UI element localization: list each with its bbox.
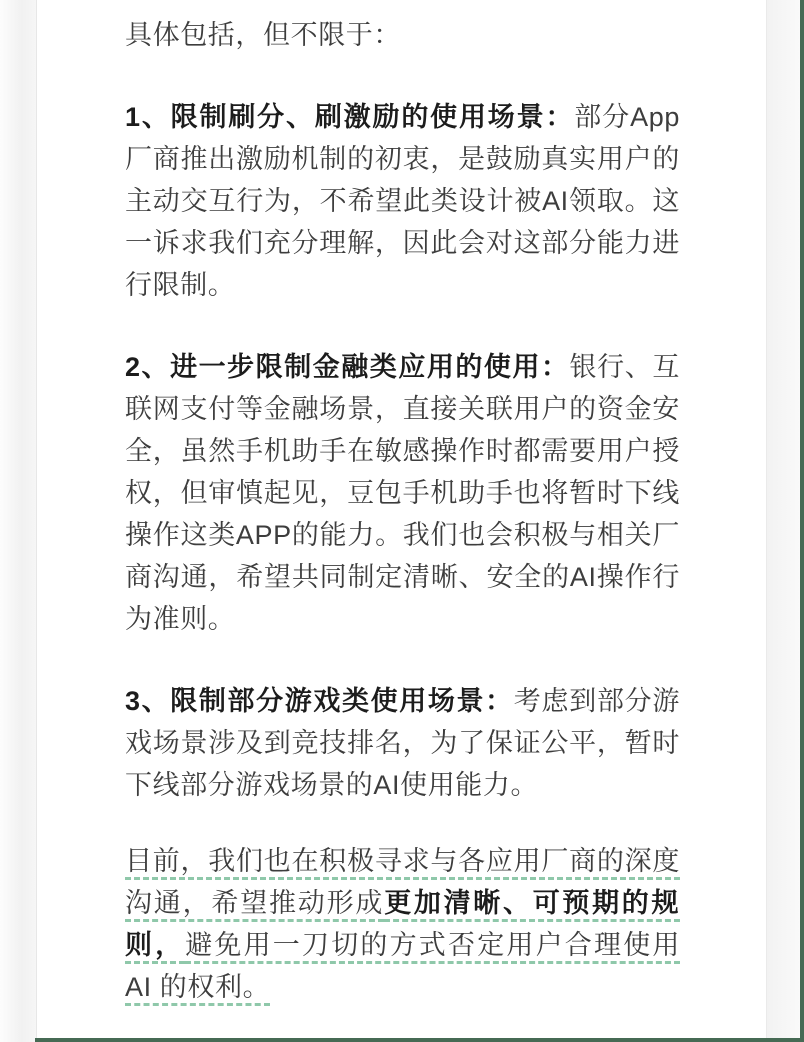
paragraph-2-body: 银行、互联网支付等金融场景，直接关联用户的资金安全，虽然手机助手在敏感操作时都需… [125, 352, 680, 634]
left-margin-strip [0, 0, 37, 1042]
right-green-edge [800, 0, 804, 1042]
paragraph-1: 1、限制刷分、刷激励的使用场景：部分App厂商推出激励机制的初衷，是鼓励真实用户… [125, 96, 680, 306]
screenshot-canvas: 具体包括，但不限于： 1、限制刷分、刷激励的使用场景：部分App厂商推出激励机制… [0, 0, 804, 1042]
bottom-green-edge [35, 1038, 804, 1042]
closing-text-post: 避免用一刀切的方式否定用户合理使用 AI 的权利。 [125, 930, 680, 1002]
paragraph-1-heading: 1、限制刷分、刷激励的使用场景： [125, 102, 574, 132]
paragraph-2-heading: 2、进一步限制金融类应用的使用： [125, 352, 570, 382]
right-margin-strip [766, 0, 801, 1042]
paragraph-3: 3、限制部分游戏类使用场景：考虑到部分游戏场景涉及到竞技排名，为了保证公平，暂时… [125, 680, 680, 806]
paragraph-2: 2、进一步限制金融类应用的使用：银行、互联网支付等金融场景，直接关联用户的资金安… [125, 346, 680, 640]
intro-text: 具体包括，但不限于： [125, 14, 680, 56]
paragraph-3-heading: 3、限制部分游戏类使用场景： [125, 686, 514, 716]
closing-paragraph: 目前，我们也在积极寻求与各应用厂商的深度沟通，希望推动形成更加清晰、可预期的规则… [125, 840, 680, 1008]
article-page: 具体包括，但不限于： 1、限制刷分、刷激励的使用场景：部分App厂商推出激励机制… [37, 0, 766, 1042]
